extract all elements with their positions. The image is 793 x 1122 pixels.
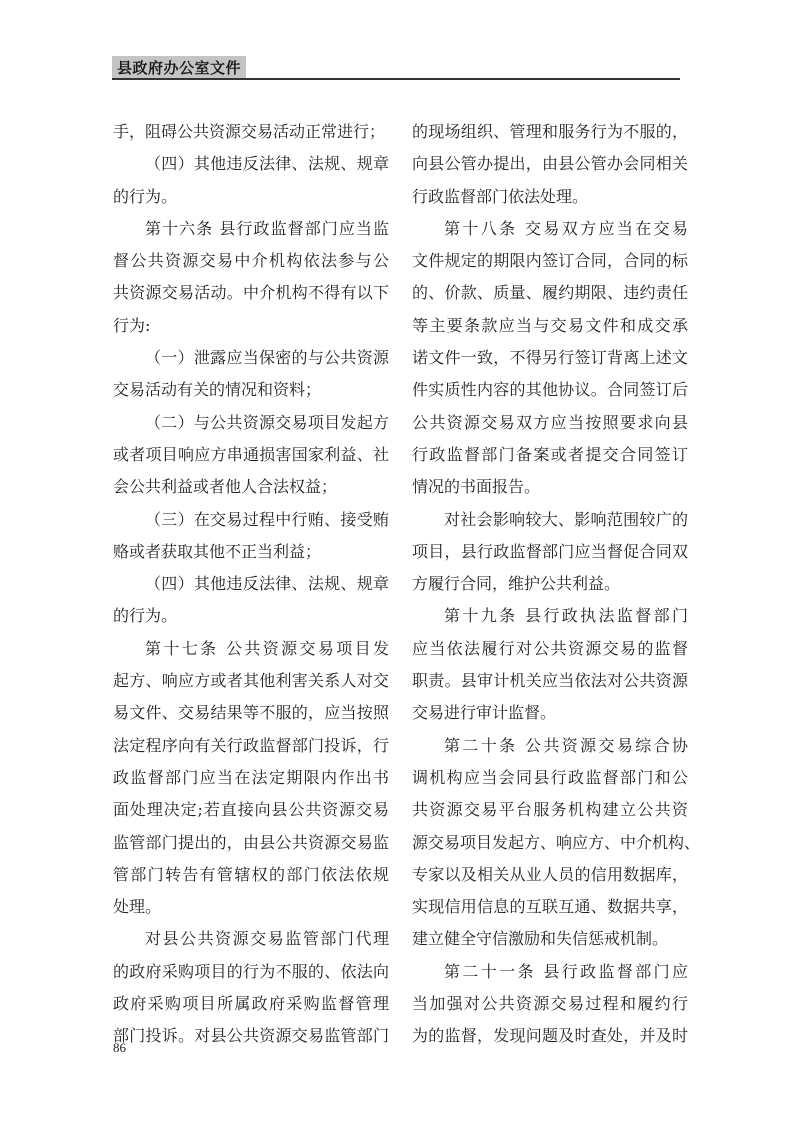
text-line: 政府采购项目所属政府采购监督管理 [113, 988, 389, 1020]
text-line: （四）其他违反法律、法规、规章 [113, 568, 389, 600]
text-line: 管部门转告有管辖权的部门依法依规 [113, 859, 389, 891]
text-line: 应当依法履行对公共资源交易的监督 [412, 633, 688, 665]
text-line: 为的监督，发现问题及时查处，并及时 [412, 1020, 688, 1052]
text-line: 交易活动有关的情况和资料； [113, 374, 389, 406]
text-line: （一）泄露应当保密的与公共资源 [113, 342, 389, 374]
text-line: 行政监督部门备案或者提交合同签订 [412, 439, 688, 471]
text-line: 行为: [113, 310, 389, 342]
text-line: 第十九条 县行政执法监督部门 [412, 600, 688, 632]
header-divider [112, 78, 680, 80]
text-line: 职责。县审计机关应当依法对公共资源 [412, 665, 688, 697]
text-line: 文件规定的期限内签订合同，合同的标 [412, 245, 688, 277]
text-line: 共资源交易活动。中介机构不得有以下 [113, 277, 389, 309]
text-line: 会公共利益或者他人合法权益； [113, 471, 389, 503]
text-line: 第十六条 县行政监督部门应当监 [113, 213, 389, 245]
text-line: 第二十条 公共资源交易综合协 [412, 730, 688, 762]
text-line: 建立健全守信激励和失信惩戒机制。 [412, 923, 688, 955]
text-line: 行政监督部门依法处理。 [412, 181, 688, 213]
text-line: 的政府采购项目的行为不服的、依法向 [113, 956, 389, 988]
text-line: （四）其他违反法律、法规、规章 [113, 148, 389, 180]
text-line: 当加强对公共资源交易过程和履约行 [412, 988, 688, 1020]
text-line: 第二十一条 县行政监督部门应 [412, 956, 688, 988]
text-line: 易文件、交易结果等不服的，应当按照 [113, 697, 389, 729]
text-line: 件实质性内容的其他协议。合同签订后 [412, 374, 688, 406]
text-line: 项目，县行政监督部门应当督促合同双 [412, 536, 688, 568]
text-line: 专家以及相关从业人员的信用数据库， [412, 859, 688, 891]
text-line: 等主要条款应当与交易文件和成交承 [412, 310, 688, 342]
text-line: 的、价款、质量、履约期限、违约责任 [412, 277, 688, 309]
text-line: 源交易项目发起方、响应方、中介机构、 [412, 827, 688, 859]
text-line: 的现场组织、管理和服务行为不服的， [412, 116, 688, 148]
section-header-label: 县政府办公室文件 [112, 56, 246, 78]
text-line: 的行为。 [113, 600, 389, 632]
text-line: 诺文件一致，不得另行签订背离上述文 [412, 342, 688, 374]
text-line: 部门投诉。对县公共资源交易监管部门 [113, 1020, 389, 1052]
text-line: 赂或者获取其他不正当利益； [113, 536, 389, 568]
text-line: 法定程序向有关行政监督部门投诉，行 [113, 730, 389, 762]
text-line: 面处理决定;若直接向县公共资源交易 [113, 794, 389, 826]
text-line: 调机构应当会同县行政监督部门和公 [412, 762, 688, 794]
text-line: 第十七条 公共资源交易项目发 [113, 633, 389, 665]
text-line: 对社会影响较大、影响范围较广的 [412, 504, 688, 536]
text-line: 或者项目响应方串通损害国家利益、社 [113, 439, 389, 471]
text-line: 对县公共资源交易监管部门代理 [113, 923, 389, 955]
text-line: （二）与公共资源交易项目发起方 [113, 407, 389, 439]
text-line: 的行为。 [113, 181, 389, 213]
text-line: 交易进行审计监督。 [412, 697, 688, 729]
text-line: 处理。 [113, 891, 389, 923]
section-header-text: 县政府办公室文件 [117, 57, 241, 78]
text-line: 方履行合同，维护公共利益。 [412, 568, 688, 600]
text-line: 实现信用信息的互联互通、数据共享， [412, 891, 688, 923]
right-text-column: 的现场组织、管理和服务行为不服的，向县公管办提出，由县公管办会同相关行政监督部门… [412, 116, 688, 1053]
text-line: 监管部门提出的，由县公共资源交易监 [113, 827, 389, 859]
text-line: 政监督部门应当在法定期限内作出书 [113, 762, 389, 794]
page-number: 86 [113, 1040, 126, 1056]
text-line: 督公共资源交易中介机构依法参与公 [113, 245, 389, 277]
text-line: 共资源交易平台服务机构建立公共资 [412, 794, 688, 826]
text-line: （三）在交易过程中行贿、接受贿 [113, 504, 389, 536]
text-line: 向县公管办提出，由县公管办会同相关 [412, 148, 688, 180]
text-line: 手，阻碍公共资源交易活动正常进行； [113, 116, 389, 148]
text-line: 情况的书面报告。 [412, 471, 688, 503]
text-line: 起方、响应方或者其他利害关系人对交 [113, 665, 389, 697]
text-line: 公共资源交易双方应当按照要求向县 [412, 407, 688, 439]
text-line: 第十八条 交易双方应当在交易 [412, 213, 688, 245]
left-text-column: 手，阻碍公共资源交易活动正常进行；（四）其他违反法律、法规、规章的行为。第十六条… [113, 116, 389, 1053]
